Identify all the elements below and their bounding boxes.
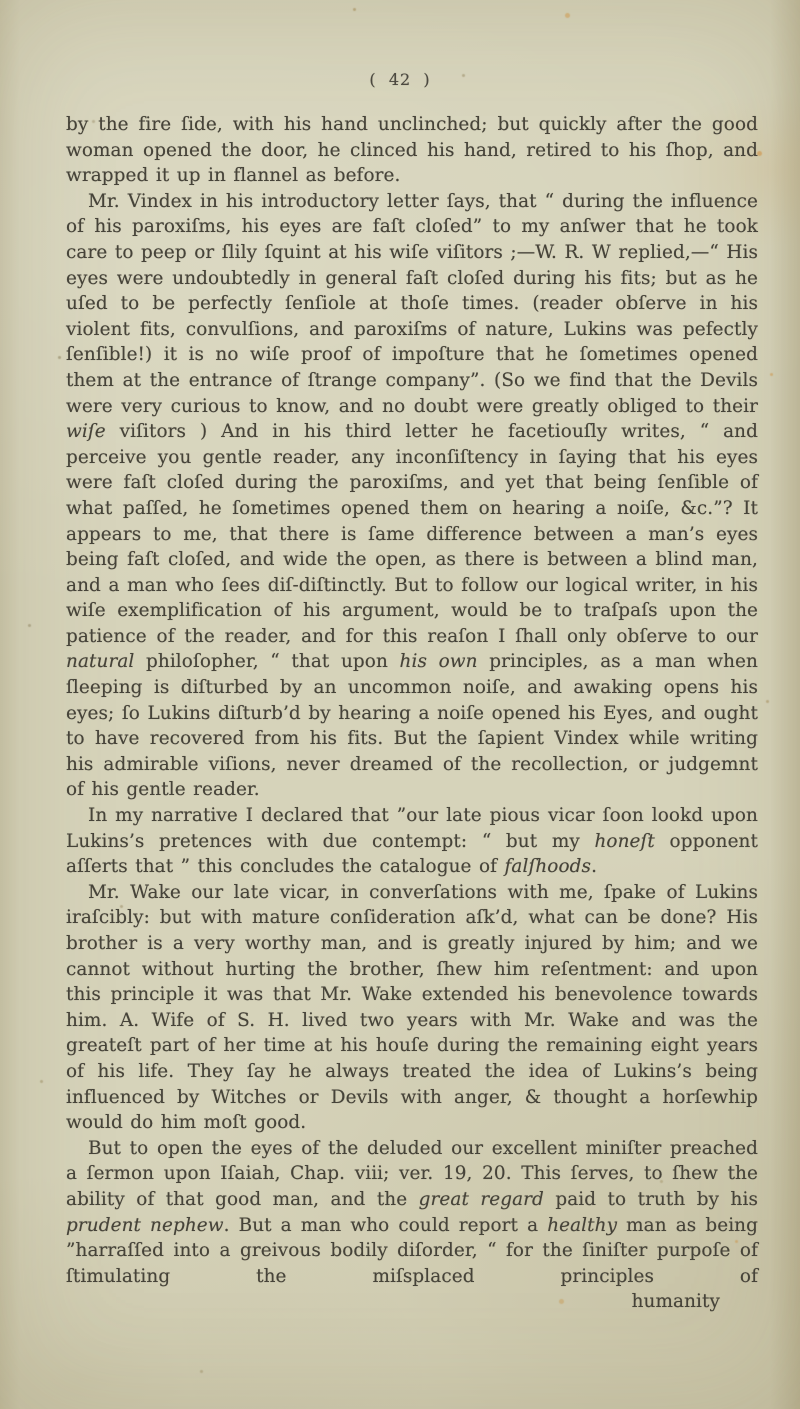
text-run: Mr. Wake our late vicar, in converſation… <box>66 882 758 1133</box>
text-run: philoſopher, “ that upon <box>134 651 399 672</box>
text-run-italic: wiſe <box>66 421 106 442</box>
text-run: viſitors ) And in his third letter he fa… <box>66 421 758 647</box>
text-block: by the fire ſide, with his hand unclinch… <box>66 112 758 1315</box>
text-run-italic: natural <box>66 651 134 672</box>
text-run: Mr. Vindex in his introductory letter ſa… <box>66 191 758 417</box>
paragraph-4: Mr. Wake our late vicar, in converſation… <box>66 880 758 1136</box>
text-run: . <box>591 856 597 877</box>
paragraph-3: In my narrative I declared that ”our lat… <box>66 803 758 880</box>
text-run: . But a man who could report a <box>224 1215 548 1236</box>
text-run: principles, as a man when ſleeping is di… <box>66 651 758 800</box>
paragraph-5: But to open the eyes of the deluded our … <box>66 1136 758 1290</box>
catchword: humanity <box>66 1289 758 1315</box>
text-run: paid to truth by his <box>544 1189 758 1210</box>
text-run-italic: his own <box>400 651 478 672</box>
text-run-italic: prudent nephew <box>66 1215 224 1236</box>
page-number: ( 42 ) <box>0 70 800 89</box>
paragraph-1: by the fire ſide, with his hand unclinch… <box>66 112 758 189</box>
paragraph-2: Mr. Vindex in his introductory letter ſa… <box>66 189 758 803</box>
text-run-italic: honeſt <box>594 831 654 852</box>
text-run-italic: great regard <box>419 1189 544 1210</box>
text-run: by the fire ſide, with his hand unclinch… <box>66 114 758 186</box>
text-run-italic: falſhoods <box>505 856 592 877</box>
text-run-italic: healthy <box>547 1215 617 1236</box>
